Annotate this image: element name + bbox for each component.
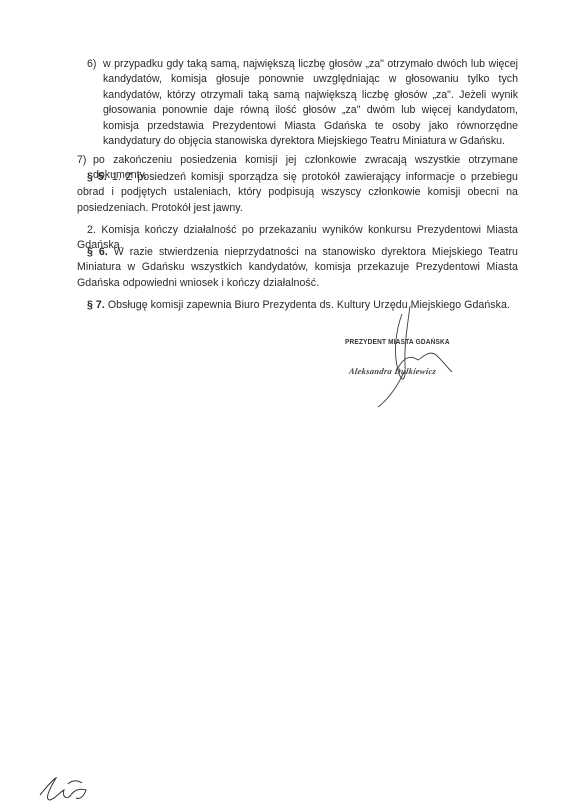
- item-text: w przypadku gdy taką samą, największą li…: [103, 57, 518, 149]
- signature-stamp-name: Aleksandra Dulkiewicz: [348, 366, 437, 376]
- document-page: 6) w przypadku gdy taką samą, największą…: [0, 0, 575, 812]
- signature-stamp-title: PREZYDENT MIASTA GDAŃSKA: [345, 339, 450, 347]
- section-7-text: Obsługę komisji zapewnia Biuro Prezydent…: [108, 299, 510, 311]
- section-5-paragraph-1: § 5. 1. Z posiedzeń komisji sporządza si…: [77, 170, 518, 216]
- section-6-paragraph: § 6. W razie stwierdzenia nieprzydatnośc…: [77, 245, 518, 291]
- list-item-6: 6) w przypadku gdy taką samą, największą…: [87, 57, 518, 149]
- item-number: 7): [77, 153, 86, 168]
- section-6-text: W razie stwierdzenia nieprzydatności na …: [77, 246, 518, 289]
- section-5-text-1: 1. Z posiedzeń komisji sporządza się pro…: [77, 171, 518, 214]
- section-6-label: § 6.: [87, 246, 108, 258]
- section-5-label: § 5.: [87, 171, 107, 183]
- section-7-label: § 7.: [87, 299, 105, 311]
- section-7-paragraph: § 7. Obsługę komisji zapewnia Biuro Prez…: [77, 298, 518, 313]
- item-number: 6): [87, 57, 96, 72]
